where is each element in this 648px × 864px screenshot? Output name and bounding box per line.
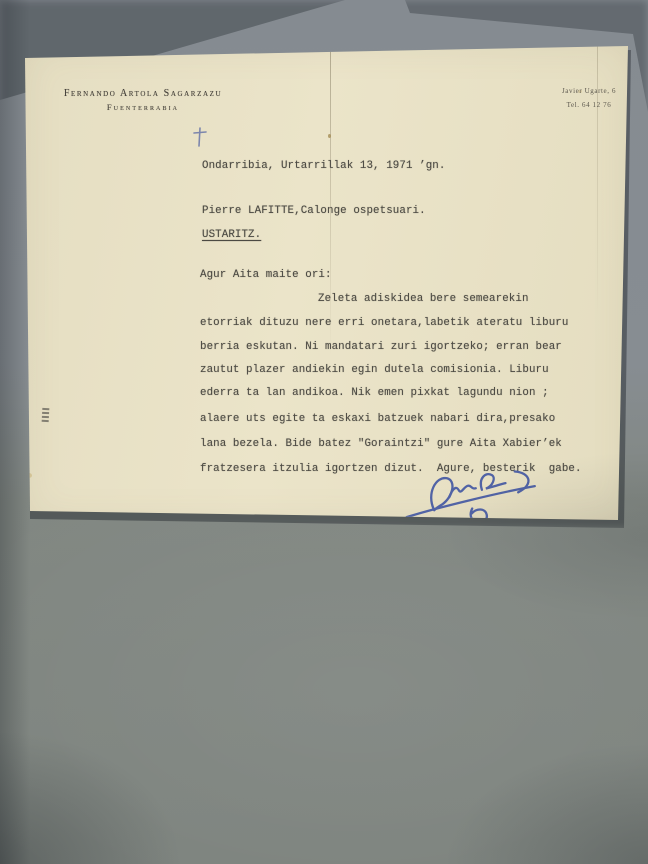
body-line: zautut plazer andiekin egin dutela comis…	[200, 363, 549, 377]
letterhead-place: Fuenterrabia	[57, 102, 229, 112]
photo-backdrop: Fernando Artola Sagarzazu Fuenterrabia J…	[0, 0, 648, 864]
letterhead: Fernando Artola Sagarzazu Fuenterrabia	[57, 88, 229, 112]
addressee-line: Pierre LAFITTE,Calonge ospetsuari.	[202, 204, 426, 218]
handwritten-signature	[398, 463, 563, 549]
date-line: Ondarribia, Urtarrillak 13, 1971 ’gn.	[202, 159, 445, 173]
letter-paper: Fernando Artola Sagarzazu Fuenterrabia J…	[18, 38, 636, 530]
foxing-spot	[328, 134, 331, 138]
body-line: Zeleta adiskidea bere semearekin	[200, 292, 529, 306]
body-line: alaere uts egite ta eskaxi batzuek nabar…	[200, 412, 555, 426]
body-line: ederra ta lan andikoa. Nik emen pixkat l…	[200, 386, 549, 400]
margin-stamp-mark	[42, 408, 50, 422]
addressee-city: USTARITZ.	[202, 228, 261, 242]
letterhead-name: Fernando Artola Sagarzazu	[57, 88, 229, 99]
paper-crease	[330, 46, 331, 356]
backdrop-shadow-left-edge	[0, 0, 30, 864]
body-line: etorriak dituzu nere erri onetara,labeti…	[200, 316, 568, 330]
handwritten-cross-icon	[192, 126, 208, 153]
body-line: berria eskutan. Ni mandatari zuri igortz…	[200, 340, 562, 354]
body-line: lana bezela. Bide batez "Goraintzi" gure…	[200, 437, 562, 451]
salutation: Agur Aita maite ori:	[200, 268, 332, 282]
